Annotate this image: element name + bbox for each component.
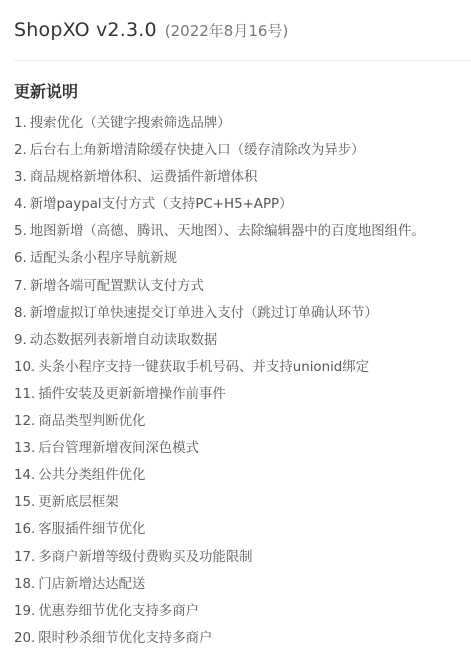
changelog-item: 20.限时秒杀细节优化支持多商户 [14, 629, 425, 656]
item-number: 5. [14, 224, 27, 239]
item-text: 限时秒杀细节优化支持多商户 [38, 631, 212, 646]
item-text: 商品类型判断优化 [38, 414, 145, 429]
changelog-item: 12.商品类型判断优化 [14, 412, 425, 439]
changelog-item: 11.插件安装及更新新增操作前事件 [14, 385, 425, 412]
changelog-item: 8.新增虚拟订单快速提交订单进入支付（跳过订单确认环节） [14, 304, 425, 331]
item-number: 19. [14, 604, 35, 619]
item-number: 16. [14, 522, 35, 537]
divider [14, 60, 471, 61]
item-text: 更新底层框架 [38, 495, 118, 510]
item-number: 8. [14, 306, 27, 321]
item-number: 4. [14, 197, 27, 212]
item-number: 6. [14, 251, 27, 266]
changelog-item: 5.地图新增（高德、腾讯、天地图）、去除编辑器中的百度地图组件。 [14, 222, 425, 249]
item-number: 18. [14, 577, 35, 592]
item-text: 适配头条小程序导航新规 [30, 251, 177, 266]
item-text: 新增各端可配置默认支付方式 [30, 279, 204, 294]
item-number: 15. [14, 495, 35, 510]
item-number: 3. [14, 170, 27, 185]
item-number: 2. [14, 143, 27, 158]
item-text: 搜索优化（关键字搜索筛选品牌） [30, 116, 231, 131]
changelog-item: 9.动态数据列表新增自动读取数据 [14, 331, 425, 358]
item-number: 9. [14, 333, 27, 348]
item-number: 11. [14, 387, 35, 402]
item-text: 地图新增（高德、腾讯、天地图）、去除编辑器中的百度地图组件。 [30, 224, 425, 239]
changelog-item: 14.公共分类组件优化 [14, 466, 425, 493]
item-number: 7. [14, 279, 27, 294]
changelog-item: 6.适配头条小程序导航新规 [14, 249, 425, 276]
changelog-list: 1.搜索优化（关键字搜索筛选品牌） 2.后台右上角新增清除缓存快捷入口（缓存清除… [14, 114, 425, 656]
item-number: 20. [14, 631, 35, 646]
item-text: 动态数据列表新增自动读取数据 [30, 333, 217, 348]
item-text: 头条小程序支持一键获取手机号码、并支持unionid绑定 [38, 360, 369, 375]
changelog-item: 7.新增各端可配置默认支付方式 [14, 277, 425, 304]
item-text: 公共分类组件优化 [38, 468, 145, 483]
changelog-item: 2.后台右上角新增清除缓存快捷入口（缓存清除改为异步） [14, 141, 425, 168]
item-text: 优惠券细节优化支持多商户 [38, 604, 199, 619]
changelog-item: 1.搜索优化（关键字搜索筛选品牌） [14, 114, 425, 141]
release-title: ShopXO v2.3.0 (2022年8月16号) [14, 19, 288, 47]
changelog-item: 16.客服插件细节优化 [14, 520, 425, 547]
item-text: 多商户新增等级付费购买及功能限制 [38, 550, 252, 565]
changelog-item: 10.头条小程序支持一键获取手机号码、并支持unionid绑定 [14, 358, 425, 385]
section-heading: 更新说明 [14, 79, 78, 102]
item-text: 后台右上角新增清除缓存快捷入口（缓存清除改为异步） [30, 143, 365, 158]
item-text: 后台管理新增夜间深色模式 [38, 441, 199, 456]
changelog-item: 18.门店新增达达配送 [14, 575, 425, 602]
item-number: 17. [14, 550, 35, 565]
release-date: (2022年8月16号) [165, 20, 289, 41]
item-text: 插件安装及更新新增操作前事件 [38, 387, 225, 402]
item-text: 新增虚拟订单快速提交订单进入支付（跳过订单确认环节） [30, 306, 378, 321]
version-title: ShopXO v2.3.0 [14, 19, 157, 41]
item-number: 12. [14, 414, 35, 429]
item-number: 1. [14, 116, 27, 131]
item-text: 客服插件细节优化 [38, 522, 145, 537]
item-text: 商品规格新增体积、运费插件新增体积 [30, 170, 258, 185]
changelog-item: 4.新增paypal支付方式（支持PC+H5+APP） [14, 195, 425, 222]
changelog-item: 13.后台管理新增夜间深色模式 [14, 439, 425, 466]
changelog-item: 19.优惠券细节优化支持多商户 [14, 602, 425, 629]
changelog-item: 3.商品规格新增体积、运费插件新增体积 [14, 168, 425, 195]
changelog-item: 17.多商户新增等级付费购买及功能限制 [14, 548, 425, 575]
item-text: 门店新增达达配送 [38, 577, 145, 592]
item-number: 10. [14, 360, 35, 375]
changelog-item: 15.更新底层框架 [14, 493, 425, 520]
item-number: 14. [14, 468, 35, 483]
item-number: 13. [14, 441, 35, 456]
item-text: 新增paypal支付方式（支持PC+H5+APP） [30, 197, 293, 212]
